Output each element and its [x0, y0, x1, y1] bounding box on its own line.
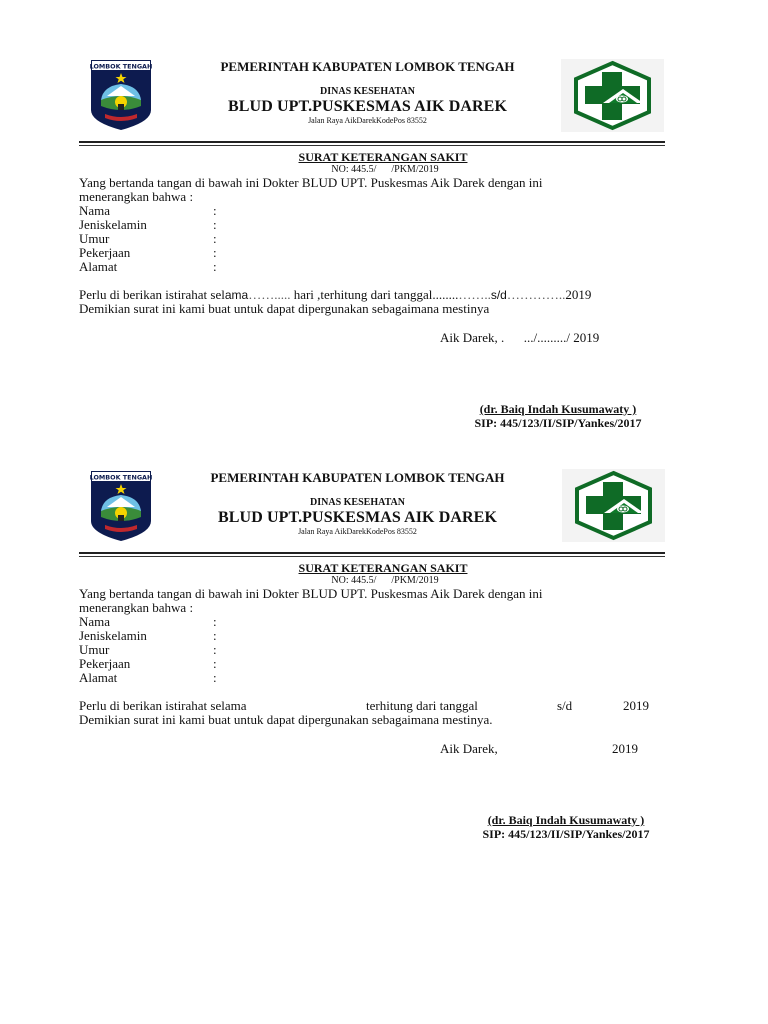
letterhead-divider: [79, 141, 665, 146]
svg-text:LOMBOK TENGAH: LOMBOK TENGAH: [90, 63, 153, 71]
signer-name: (dr. Baiq Indah Kusumawaty ): [448, 402, 668, 416]
letter-number: NO: 445.5/ /PKM/2019: [310, 164, 460, 175]
rest-period-line: Perlu di berikan istirahat selama…….....…: [79, 288, 591, 302]
signature-block: (dr. Baiq Indah Kusumawaty ) SIP: 445/12…: [448, 402, 668, 430]
rest-statement: Perlu di berikan istirahat selama terhit…: [79, 699, 659, 727]
field-pekerjaan: Pekerjaan:: [79, 246, 542, 260]
signer-sip: SIP: 445/123/II/SIP/Yankes/2017: [448, 416, 668, 430]
intro-line-2: menerangkan bahwa :: [79, 190, 542, 204]
place-and-date: Aik Darek, . .../........./ 2019: [440, 330, 599, 346]
rest-statement: Perlu di berikan istirahat selama…….....…: [79, 288, 591, 316]
field-jeniskelamin: Jeniskelamin:: [79, 218, 542, 232]
signature-block: (dr. Baiq Indah Kusumawaty ) SIP: 445/12…: [456, 813, 676, 841]
intro-line-2: menerangkan bahwa :: [79, 601, 542, 615]
letterhead: PEMERINTAH KABUPATEN LOMBOK TENGAH DINAS…: [190, 59, 545, 125]
patient-fields: Nama: Jeniskelamin: Umur: Pekerjaan: Ala…: [79, 615, 542, 685]
government-name: PEMERINTAH KABUPATEN LOMBOK TENGAH: [190, 59, 545, 75]
field-alamat: Alamat:: [79, 260, 542, 274]
patient-fields: Nama: Jeniskelamin: Umur: Pekerjaan: Ala…: [79, 204, 542, 274]
puskesmas-logo-icon: [561, 59, 664, 132]
closing-line: Demikian surat ini kami buat untuk dapat…: [79, 302, 591, 316]
government-name: PEMERINTAH KABUPATEN LOMBOK TENGAH: [180, 470, 535, 486]
place-and-date: Aik Darek, 2019: [440, 741, 498, 757]
letterhead-divider: [79, 552, 665, 557]
svg-text:LOMBOK TENGAH: LOMBOK TENGAH: [90, 474, 153, 482]
field-alamat: Alamat:: [79, 671, 542, 685]
institution-address: Jalan Raya AikDarekKodePos 83552: [180, 527, 535, 536]
field-nama: Nama:: [79, 204, 542, 218]
department-name: DINAS KESEHATAN: [180, 497, 535, 508]
lombok-tengah-crest-icon: LOMBOK TENGAH: [89, 58, 153, 132]
letter-body: Yang bertanda tangan di bawah ini Dokter…: [79, 587, 542, 685]
closing-line: Demikian surat ini kami buat untuk dapat…: [79, 713, 659, 727]
rest-period-line: Perlu di berikan istirahat selama terhit…: [79, 699, 659, 713]
field-umur: Umur:: [79, 232, 542, 246]
letter-title: SURAT KETERANGAN SAKIT: [275, 150, 491, 165]
puskesmas-logo-icon: [562, 469, 665, 542]
intro-line-1: Yang bertanda tangan di bawah ini Dokter…: [79, 587, 542, 601]
lombok-tengah-crest-icon: LOMBOK TENGAH: [89, 469, 153, 543]
field-nama: Nama:: [79, 615, 542, 629]
field-umur: Umur:: [79, 643, 542, 657]
signer-name: (dr. Baiq Indah Kusumawaty ): [456, 813, 676, 827]
intro-line-1: Yang bertanda tangan di bawah ini Dokter…: [79, 176, 542, 190]
letter-title: SURAT KETERANGAN SAKIT: [275, 561, 491, 576]
letter-number: NO: 445.5/ /PKM/2019: [310, 575, 460, 586]
letterhead: PEMERINTAH KABUPATEN LOMBOK TENGAH DINAS…: [180, 470, 535, 536]
field-pekerjaan: Pekerjaan:: [79, 657, 542, 671]
signer-sip: SIP: 445/123/II/SIP/Yankes/2017: [456, 827, 676, 841]
institution-address: Jalan Raya AikDarekKodePos 83552: [190, 116, 545, 125]
field-jeniskelamin: Jeniskelamin:: [79, 629, 542, 643]
institution-name: BLUD UPT.PUSKESMAS AIK DAREK: [180, 509, 535, 527]
department-name: DINAS KESEHATAN: [190, 86, 545, 97]
letter-body: Yang bertanda tangan di bawah ini Dokter…: [79, 176, 542, 274]
institution-name: BLUD UPT.PUSKESMAS AIK DAREK: [190, 98, 545, 116]
